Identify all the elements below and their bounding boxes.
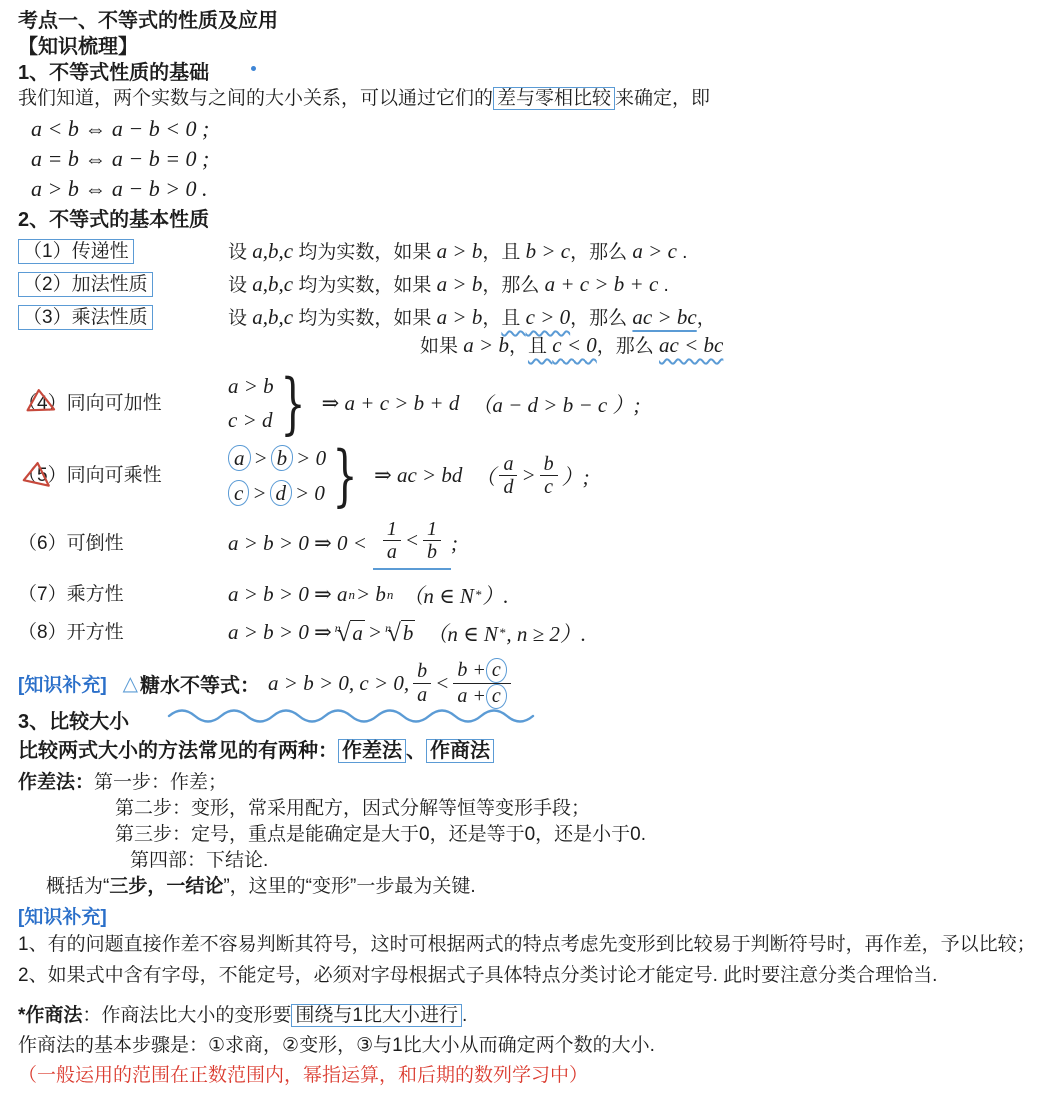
text-run: 设 xyxy=(228,275,252,296)
text-run: . xyxy=(658,275,669,296)
fraction: b +c a +c xyxy=(453,658,510,709)
s3-heading: 3、比较大小 xyxy=(18,709,1046,735)
text-run: 我们知道，两个实数与之间的大小关系，可以通过它们的 xyxy=(18,88,493,109)
property-label-3-text: （3）乘法性质 xyxy=(18,305,153,330)
property-label-7: （7）乘方性 xyxy=(18,581,228,608)
lt-sign: < xyxy=(405,528,419,553)
summary-line: 概括为“三步，一结论”，这里的“变形”一步最为关键. xyxy=(46,874,1046,900)
property-label-8: （8）开方性 xyxy=(18,619,228,646)
equation-greater: a > b ⇔ a − b > 0 . xyxy=(31,175,1046,202)
text-run: ， xyxy=(697,308,716,329)
parenthetical: （a − d > b − c ）; xyxy=(471,389,640,419)
triangle-icon: △ xyxy=(123,671,138,696)
property-label-6: （6）可倒性 xyxy=(18,530,228,557)
circle-annotation: a xyxy=(228,445,251,471)
star-superscript: * xyxy=(499,625,506,641)
text-run: ”，这里的“变形”一步最为关键. xyxy=(223,876,475,897)
text-run: 围绕与1比大小进行 xyxy=(291,1004,462,1027)
property-row-2: （2）加法性质 设 a,b,c 均为实数，如果 a > b，那么 a + c >… xyxy=(18,271,1046,299)
nth-root: n√a xyxy=(335,620,365,646)
text-run: 均为实数，如果 xyxy=(293,275,437,296)
text-run: 第一步：作差； xyxy=(94,772,227,793)
text-run: . xyxy=(462,1005,467,1026)
blue-dot-annotation xyxy=(251,66,256,71)
subtraction-step-1: 作差法：第一步：作差； xyxy=(18,770,1046,796)
text-run: a > b xyxy=(463,333,509,357)
text-run: a,b,c xyxy=(252,272,293,296)
text-run: ， xyxy=(482,308,501,329)
condition-bottom: c > d xyxy=(228,408,273,433)
note-2: 2、如果式中含有字母，不能定号，必须对字母根据式子具体特点分类讨论才能定号. 此… xyxy=(18,962,1046,989)
circle-annotation: c xyxy=(486,658,507,683)
intro-line: 我们知道，两个实数与之间的大小关系，可以通过它们的差与零相比较来确定，即 xyxy=(18,86,1046,112)
text-run: 设 xyxy=(228,308,252,329)
property-row-8: （8）开方性 a > b > 0 ⇒ n√a > n√b （n ∈ N*, n … xyxy=(18,618,1046,648)
condition-bottom: c>d> 0 xyxy=(228,480,325,506)
property-row-4: （4）同向可加性 a > b c > d } ⇒ a + c > b + d （… xyxy=(18,374,1046,433)
property-row-6: （6）可倒性 a > b > 0 ⇒ 0 < 1a < 1b ; xyxy=(18,518,1046,570)
text-run: 来确定，即 xyxy=(615,88,710,109)
red-triangle-icon xyxy=(22,386,56,417)
fraction: 1b xyxy=(423,518,441,564)
quotient-method-line: *作商法：作商法比大小的变形要围绕与1比大小进行. xyxy=(18,1003,1046,1029)
sugar-water-name: 糖水不等式： xyxy=(140,669,260,698)
sugar-water-conditions: a > b > 0, c > 0, xyxy=(268,671,409,696)
gt-sign: > xyxy=(254,446,268,471)
text-run: 概括为“ xyxy=(46,876,109,897)
text-run: ，那么 xyxy=(597,336,659,357)
text-run: ，且 xyxy=(482,242,525,263)
subtraction-step-3: 第三步：定号，重点是能确定是大于0，还是等于0，还是小于0. xyxy=(115,822,1046,848)
gt-sign: > xyxy=(368,620,382,645)
text-run: . xyxy=(677,242,688,263)
text-run: 均为实数，如果 xyxy=(293,242,437,263)
subtraction-step-4: 第四部：下结论. xyxy=(130,848,1046,874)
quotient-steps-line: 作商法的基本步骤是：①求商，②变形，③与1比大小从而确定两个数的大小. xyxy=(18,1033,1046,1059)
text-run: a > b xyxy=(437,305,483,329)
red-note: （一般运用的范围在正数范围内，幂指运算，和后期的数列学习中） xyxy=(18,1063,1046,1089)
circle-annotation: b xyxy=(271,445,294,471)
text-run: 三步，一结论 xyxy=(109,876,223,897)
property-content-3a: 设 a,b,c 均为实数，如果 a > b，且 c > 0，那么 ac > bc… xyxy=(228,304,1046,332)
document-page: 考点一、不等式的性质及应用 【知识梳理】 1、不等式性质的基础 我们知道，两个实… xyxy=(0,0,1060,1089)
equation-less: a < b ⇔ a − b < 0 ; xyxy=(31,115,1046,142)
text-run: *作商法 xyxy=(18,1005,82,1026)
text-run: a > c xyxy=(632,239,677,263)
text-run: 作差法 xyxy=(338,739,406,763)
implication: ⇒ ac > bd xyxy=(374,463,462,488)
property-label-4: （4）同向可加性 xyxy=(18,390,228,417)
fraction: ad xyxy=(499,453,517,499)
gt-sign: > xyxy=(521,463,535,488)
text-run: 均为实数，如果 xyxy=(293,308,437,329)
text-run: ：作商法比大小的变形要 xyxy=(82,1005,291,1026)
text-run: 、 xyxy=(406,740,426,762)
text-run: ，那么 xyxy=(570,308,632,329)
supplement-row: [知识补充] △ 糖水不等式： a > b > 0, c > 0, ba < b… xyxy=(18,658,1046,709)
condition-top: a > b xyxy=(228,374,274,399)
property-label-1: （1）传递性 xyxy=(18,238,228,265)
fraction: ba xyxy=(413,660,431,706)
property-formula-8: a > b > 0 ⇒ n√a > n√b （n ∈ N*, n ≥ 2）. xyxy=(228,618,586,648)
text-run: 比较两式大小的方法常见的有两种： xyxy=(18,740,338,762)
gt-sign: > xyxy=(252,481,266,506)
text-run: ，那么 xyxy=(482,275,544,296)
text-run: ac < bc xyxy=(659,333,723,357)
knowledge-review-heading: 【知识梳理】 xyxy=(18,34,1046,60)
nth-root: n√b xyxy=(385,620,415,646)
text-run: a > b xyxy=(437,239,483,263)
lt-sign: < xyxy=(435,671,449,696)
supplement-label-2: [知识补充] xyxy=(18,902,1046,929)
property-content-3b: 如果 a > b，且 c < 0，那么 ac < bc xyxy=(420,332,1046,360)
exponent-n: n xyxy=(348,587,355,603)
close-paren: ）; xyxy=(562,461,590,491)
star-superscript: * xyxy=(475,587,482,603)
condition-top: a>b> 0 xyxy=(228,445,326,471)
property-formula-4: a > b c > d } ⇒ a + c > b + d （a − d > b… xyxy=(228,374,640,433)
exponent-n: n xyxy=(387,587,394,603)
supplement-label: [知识补充] xyxy=(18,670,107,697)
text-run: c < 0 xyxy=(552,333,597,357)
property-label-1-text: （1）传递性 xyxy=(18,239,134,264)
compare-methods-line: 比较两式大小的方法常见的有两种：作差法、作商法 xyxy=(18,738,1046,764)
property-row-7: （7）乘方性 a > b > 0 ⇒ an > bn（n ∈ N*）. xyxy=(18,580,1046,610)
property-formula-7: a > b > 0 ⇒ an > bn（n ∈ N*）. xyxy=(228,580,509,610)
text-run: 且 xyxy=(528,336,552,357)
note-1: 1、有的问题直接作差不容易判断其符号，这时可根据两式的特点考虑先变形到比较易于判… xyxy=(18,931,1046,958)
text-run: a,b,c xyxy=(252,305,293,329)
s1-heading: 1、不等式性质的基础 xyxy=(18,60,1046,86)
circle-annotation: d xyxy=(270,480,293,506)
property-content-2: 设 a,b,c 均为实数，如果 a > b，那么 a + c > b + c . xyxy=(228,271,1046,299)
subtraction-step-2: 第二步：变形，常采用配方，因式分解等恒等变形手段； xyxy=(115,796,1046,822)
property-row-3: （3）乘法性质 设 a,b,c 均为实数，如果 a > b，且 c > 0，那么… xyxy=(18,304,1046,332)
equation-equal: a = b ⇔ a − b = 0 ; xyxy=(31,145,1046,172)
fraction-comparison: （ ad > bc ）; xyxy=(474,453,589,499)
formula-pre: a > b > 0 ⇒ 0 < xyxy=(228,531,367,556)
property-row-5: （5）同向可乘性 a>b> 0 c>d> 0 } ⇒ ac > bd （ ad … xyxy=(18,445,1046,506)
page-title: 考点一、不等式的性质及应用 xyxy=(18,8,1046,34)
property-formula-5: a>b> 0 c>d> 0 } ⇒ ac > bd （ ad > bc ）; xyxy=(228,445,590,506)
circle-annotation: c xyxy=(228,480,249,506)
text-run: 如果 xyxy=(420,336,463,357)
text-run: ac > bc xyxy=(632,305,696,329)
text-run: c > 0 xyxy=(526,305,571,329)
text-run: b > c xyxy=(526,239,571,263)
sugar-water-title: △ 糖水不等式： xyxy=(123,669,260,698)
red-triangle-icon xyxy=(22,458,56,489)
text-run: 作商法 xyxy=(426,739,494,763)
gt-zero: > 0 xyxy=(295,481,325,506)
text-run: a > b xyxy=(437,272,483,296)
gt-zero: > 0 xyxy=(296,446,326,471)
property-row-1: （1）传递性 设 a,b,c 均为实数，如果 a > b，且 b > c，那么 … xyxy=(18,238,1046,266)
semicolon: ; xyxy=(451,531,458,556)
text-run: ，那么 xyxy=(570,242,632,263)
text-run: ， xyxy=(509,336,528,357)
text-run: 且 xyxy=(501,308,525,329)
property-label-5: （5）同向可乘性 xyxy=(18,462,228,489)
s2-heading: 2、不等式的基本性质 xyxy=(18,207,1046,233)
stacked-conditions: a > b c > d xyxy=(228,374,274,433)
text-run: 设 xyxy=(228,242,252,263)
property-label-2-text: （2）加法性质 xyxy=(18,272,153,297)
property-content-1: 设 a,b,c 均为实数，如果 a > b，且 b > c，那么 a > c . xyxy=(228,238,1046,266)
s1-heading-text: 1、不等式性质的基础 xyxy=(18,62,209,84)
text-run: 作差法： xyxy=(18,772,94,793)
fraction: bc xyxy=(540,453,558,499)
text-run: a,b,c xyxy=(252,239,293,263)
property-formula-6: a > b > 0 ⇒ 0 < 1a < 1b ; xyxy=(228,518,458,570)
implication: ⇒ a + c > b + d xyxy=(322,391,460,416)
open-paren: （ xyxy=(474,461,495,491)
property-label-2: （2）加法性质 xyxy=(18,271,228,298)
text-run: a + c > b + c xyxy=(545,272,659,296)
fraction: 1a xyxy=(383,518,401,564)
text-run: 差与零相比较 xyxy=(493,87,615,110)
blue-underline-group: 1a < 1b xyxy=(373,518,451,570)
stacked-conditions: a>b> 0 c>d> 0 xyxy=(228,445,326,506)
property-label-3: （3）乘法性质 xyxy=(18,304,228,331)
